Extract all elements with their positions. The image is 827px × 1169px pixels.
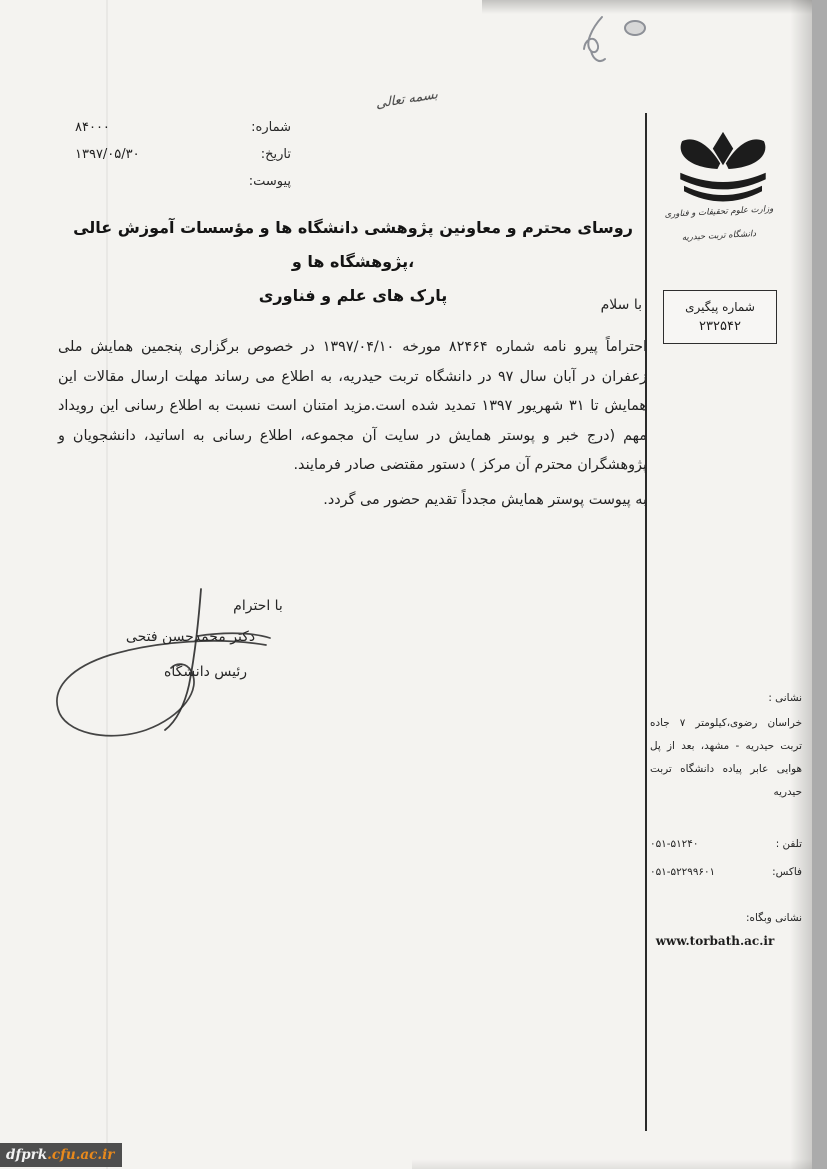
handwritten-signature xyxy=(48,583,288,748)
meta-attachment-row: پیوست: xyxy=(75,174,291,201)
website-url: www.torbath.ac.ir xyxy=(650,934,780,948)
number-value: ۸۴۰۰۰ xyxy=(75,120,110,135)
fax-value: ۰۵۱-۵۲۲۹۹۶۰۱ xyxy=(650,866,715,878)
address-text: خراسان رضوی،کیلومتر ۷ جاده تربت حیدریه -… xyxy=(650,712,802,804)
tracking-number-box: شماره پیگیری ۲۳۲۵۴۲ xyxy=(663,290,777,344)
university-logo-icon xyxy=(667,130,779,208)
meta-date-row: تاریخ: ۱۳۹۷/۰۵/۳۰ xyxy=(75,147,291,174)
salutation: با سلام xyxy=(58,297,642,313)
attachment-label: پیوست: xyxy=(249,174,291,189)
letter-meta-block: شماره: ۸۴۰۰۰ تاریخ: ۱۳۹۷/۰۵/۳۰ پیوست: xyxy=(75,120,291,201)
website-label: نشانی وبگاه: xyxy=(650,912,802,924)
scan-top-shade xyxy=(482,0,812,14)
scan-edge-shadow xyxy=(790,0,812,1169)
number-label: شماره: xyxy=(251,120,291,135)
meta-number-row: شماره: ۸۴۰۰۰ xyxy=(75,120,291,147)
date-value: ۱۳۹۷/۰۵/۳۰ xyxy=(75,147,140,162)
scan-bottom-shade xyxy=(412,1159,812,1169)
site-watermark: dfprk.cfu.ac.ir xyxy=(0,1143,122,1167)
logo-caption-university: دانشگاه تربت حیدریه xyxy=(663,228,775,244)
phone-label: تلفن : xyxy=(776,838,802,850)
address-block: نشانی : خراسان رضوی،کیلومتر ۷ جاده تربت … xyxy=(650,692,802,804)
date-label: تاریخ: xyxy=(261,147,291,162)
watermark-suffix: .cfu.ac.ir xyxy=(47,1147,114,1163)
scan-edge-background xyxy=(812,0,827,1169)
bismillah-calligraphy: بسمه تعالی xyxy=(372,86,442,112)
tracking-number-value: ۲۳۲۵۴۲ xyxy=(699,317,741,337)
letterhead-divider-line xyxy=(645,113,647,1131)
letter-closing-line: به پیوست پوستر همایش مجدداً تقدیم حضور م… xyxy=(58,492,647,508)
phone-row: تلفن : ۰۵۱-۵۱۲۴۰ xyxy=(650,838,802,850)
address-label: نشانی : xyxy=(650,692,802,704)
letter-body-paragraph: احتراماً پیرو نامه شماره ۸۲۴۶۴ مورخه ۱۳۹… xyxy=(58,333,647,481)
fax-row: فاکس: ۰۵۱-۵۲۲۹۹۶۰۱ xyxy=(650,866,802,878)
watermark-prefix: dfprk xyxy=(6,1147,47,1163)
fax-label: فاکس: xyxy=(772,866,802,878)
pen-scribble-icon xyxy=(572,14,662,69)
scanned-letter-page: بسمه تعالی شماره: ۸۴۰۰۰ تاریخ: ۱۳۹۷/۰۵/۳… xyxy=(0,0,827,1169)
recipient-title-line1: روسای محترم و معاونین پژوهشی دانشگاه ها … xyxy=(60,211,646,279)
phone-value: ۰۵۱-۵۱۲۴۰ xyxy=(650,838,698,850)
tracking-number-label: شماره پیگیری xyxy=(685,297,755,317)
